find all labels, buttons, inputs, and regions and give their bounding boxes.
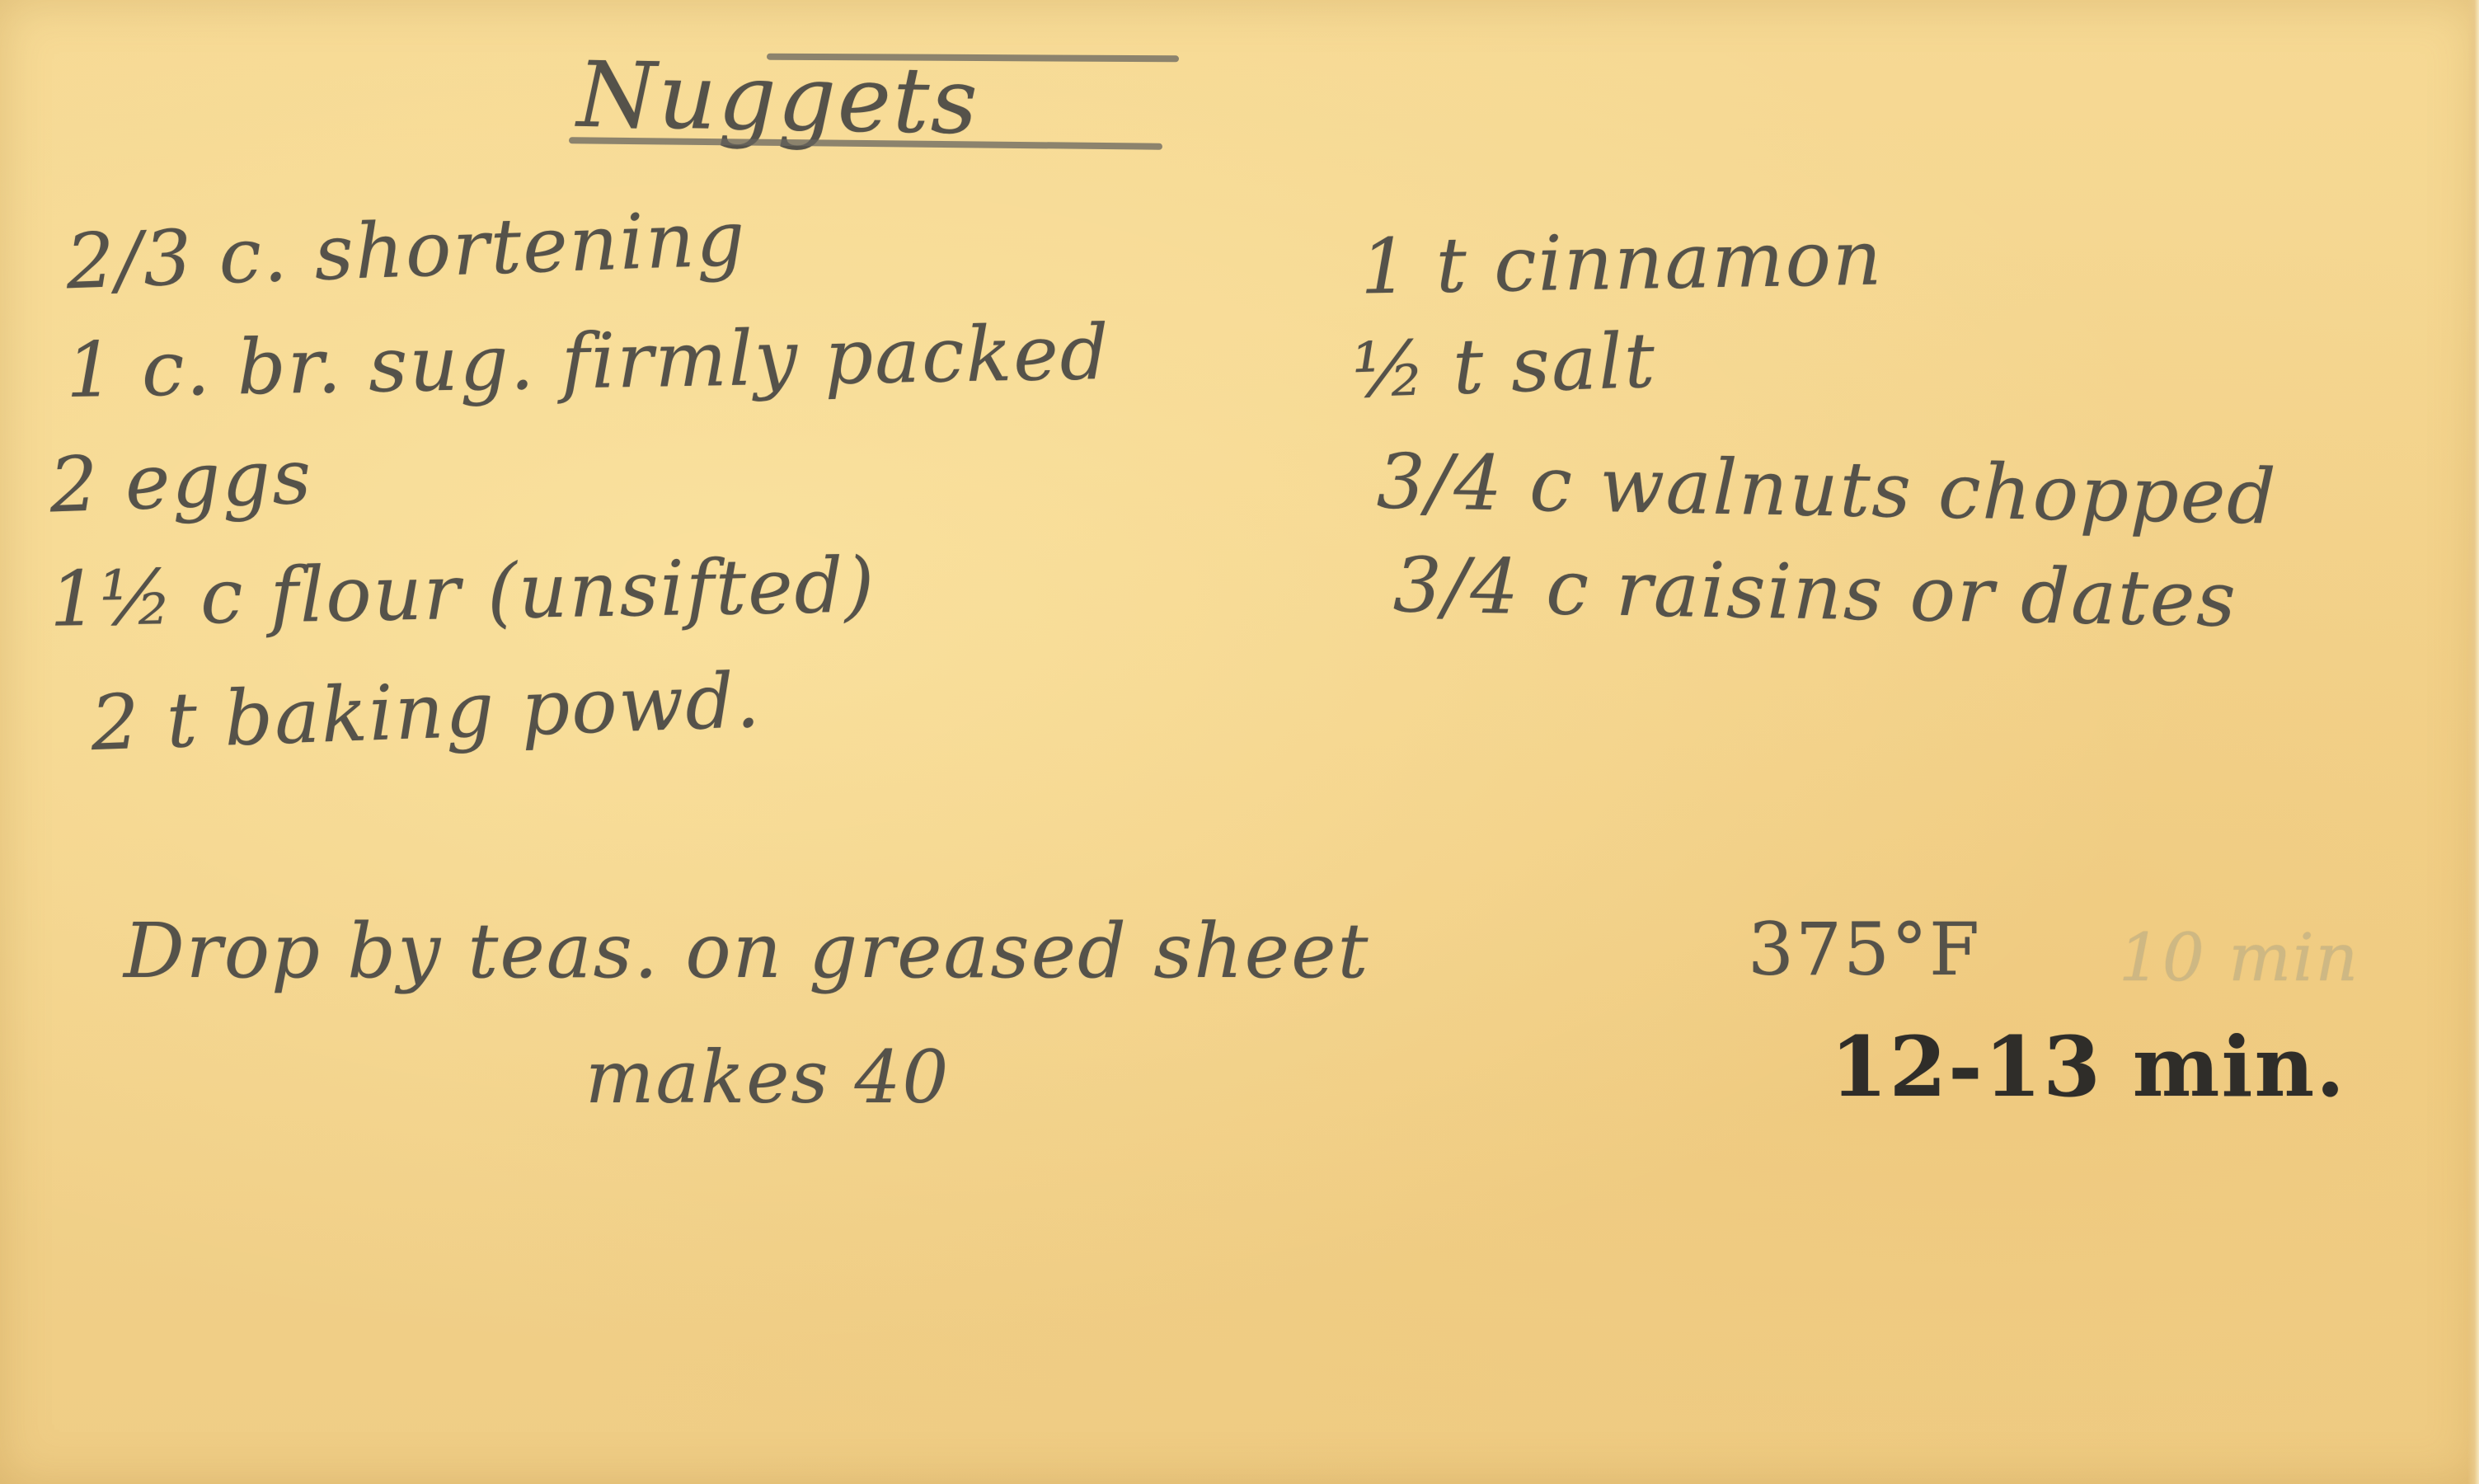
ingredient-walnuts: 3/4 c walnuts chopped [1376,437,2278,541]
recipe-yield: makes 40 [585,1035,950,1120]
erased-bake-time: 10 min [2119,919,2359,996]
ingredient-baking-powder: 2 t baking powd. [89,656,763,768]
ingredient-cinnamon: 1 t cinnamon [1359,214,1884,311]
bake-time: 12-13 min. [1830,1018,2346,1115]
ingredient-shortening: 2/3 c. shortening [64,195,748,307]
ingredient-eggs: 2 eggs [48,432,314,529]
recipe-card: Nuggets 2/3 c. shortening 1 c. br. sug. … [0,0,2479,1484]
ingredient-brown-sugar: 1 c. br. sug. firmly packed [65,308,1110,415]
baking-method: Drop by teas. on greased sheet [124,907,1370,995]
ingredient-flour: 1½ c flour (unsifted) [49,541,876,643]
ingredient-raisins-dates: 3/4 c raisins or dates [1392,541,2237,644]
ingredient-salt: ½ t salt [1350,317,1658,416]
oven-temperature: 375°F [1748,907,1981,992]
